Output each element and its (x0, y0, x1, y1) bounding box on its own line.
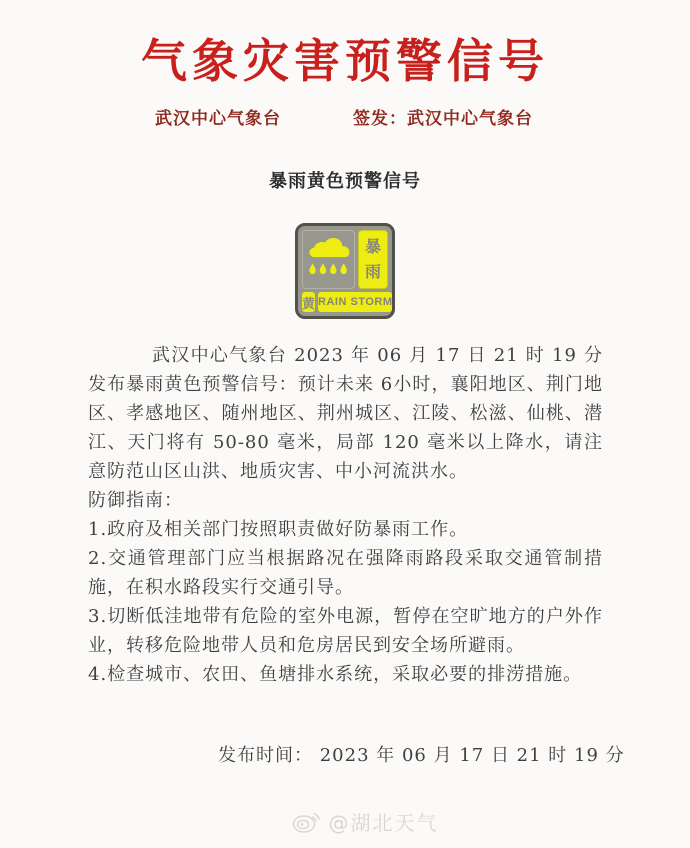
weibo-logo-icon (292, 810, 322, 834)
rainstorm-label-vertical: 暴 雨 (358, 230, 388, 289)
guide-item-3: 3.切断低洼地带有危险的室外电源，暂停在空旷地方的户外作业，转移危险地带人员和危… (88, 602, 603, 660)
defense-guide-title: 防御指南： (88, 486, 603, 515)
raindrop-icon (340, 263, 346, 274)
document-title: 气象灾害预警信号 (0, 0, 690, 88)
announcement-paragraph: 武汉中心气象台 2023 年 06 月 17 日 21 时 19 分发布暴雨黄色… (88, 341, 603, 486)
publish-time: 发布时间： 2023 年 06 月 17 日 21 时 19 分 (218, 741, 690, 767)
issuer-name: 武汉中心气象台 (155, 104, 281, 129)
rainstorm-char-top: 暴 (365, 239, 381, 255)
issuer-row: 武汉中心气象台 签发：武汉中心气象台 (0, 104, 690, 129)
rain-cloud-panel (302, 230, 355, 289)
guide-item-4: 4.检查城市、农田、鱼塘排水系统，采取必要的排涝措施。 (88, 660, 603, 689)
rainstorm-char-bottom: 雨 (365, 264, 381, 280)
raindrop-icon (309, 263, 315, 274)
watermark-account: @湖北天气 (329, 807, 439, 836)
warning-signal-name: 暴雨黄色预警信号 (0, 167, 690, 193)
rainstorm-yellow-warning-icon: 暴 雨 黄 RAIN STORM (295, 223, 395, 319)
signed-by: 签发：武汉中心气象台 (353, 104, 533, 129)
document-body: 武汉中心气象台 2023 年 06 月 17 日 21 时 19 分发布暴雨黄色… (88, 341, 603, 689)
rain-cloud-icon (303, 231, 354, 288)
warning-icon-bottom: 黄 RAIN STORM (302, 292, 388, 312)
weibo-watermark: @湖北天气 (40, 807, 690, 836)
rainstorm-english-label: RAIN STORM (318, 292, 392, 312)
guide-item-2: 2.交通管理部门应当根据路况在强降雨路段采取交通管制措施，在积水路段实行交通引导… (88, 544, 603, 602)
raindrop-icon (320, 263, 326, 274)
weather-warning-document: 气象灾害预警信号 武汉中心气象台 签发：武汉中心气象台 暴雨黄色预警信号 (0, 0, 690, 848)
warning-icon-top: 暴 雨 (302, 230, 388, 289)
guide-item-1: 1.政府及相关部门按照职责做好防暴雨工作。 (88, 515, 603, 544)
raindrop-icon (330, 263, 336, 274)
warning-level-badge: 黄 (302, 292, 315, 312)
